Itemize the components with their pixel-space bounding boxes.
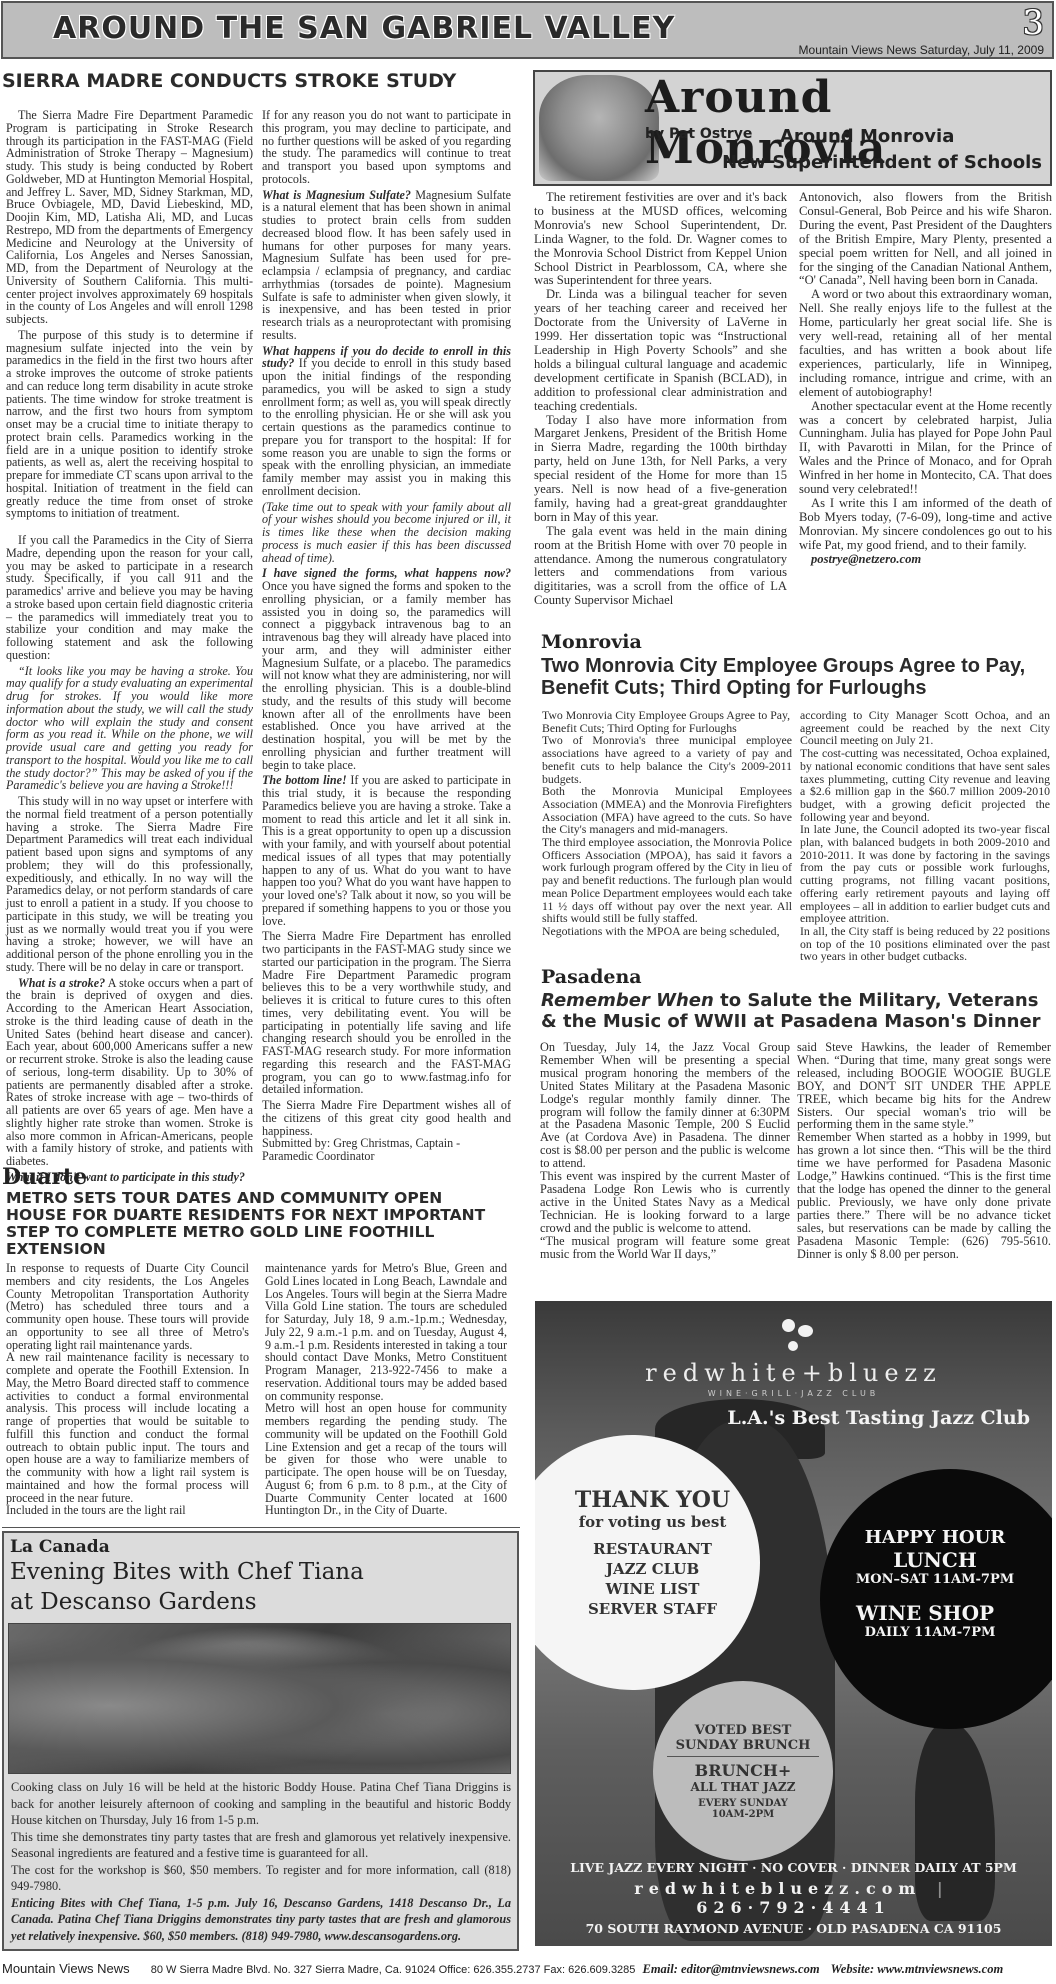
around-monrovia-col2: Antonovich, also flowers from the Britis… <box>799 191 1052 566</box>
paragraph: A word or two about this extraordinary w… <box>799 288 1052 399</box>
paragraph: maintenance yards for Metro's Blue, Gree… <box>265 1262 507 1402</box>
lunch-label: LUNCH <box>820 1548 1052 1572</box>
brunch-circle: VOTED BEST SUNDAY BRUNCH BRUNCH+ ALL THA… <box>653 1681 833 1861</box>
wine-shop-label: WINE SHOP <box>820 1601 1052 1625</box>
paragraph: said Steve Hawkins, the leader of Rememb… <box>797 1041 1051 1131</box>
paragraph: The cost for the workshop is $60, $50 me… <box>11 1862 511 1895</box>
subhead-body: A stoke occurs when a part of the brain … <box>6 976 253 1169</box>
paragraph: Metro will host an open house for commun… <box>265 1402 507 1517</box>
paragraph: This event was inspired by the current M… <box>540 1170 790 1235</box>
subhead-body: Magnesium Sulfate is a natural element t… <box>262 188 511 342</box>
la-canada-body: Cooking class on July 16 will be held at… <box>11 1779 511 1944</box>
masthead: AROUND THE SAN GABRIEL VALLEY 3 Mountain… <box>1 1 1054 59</box>
monrovia-headline: Two Monrovia City Employee Groups Agree … <box>541 655 1051 699</box>
paragraph: This study will in no way upset or inter… <box>6 795 253 974</box>
paragraph: In all, the City staff is being reduced … <box>800 925 1050 963</box>
paragraph: What is Magnesium Sulfate? Magnesium Sul… <box>262 189 511 342</box>
around-monrovia-col1: The retirement festivities are over and … <box>534 191 787 608</box>
ad-headline: L.A.'s Best Tasting Jazz Club <box>727 1407 1030 1429</box>
footer-brand: Mountain Views News <box>2 1961 130 1976</box>
footer-address: 80 W Sierra Madre Blvd. No. 327 Sierra M… <box>151 1964 636 1976</box>
jazz-club-ad[interactable]: redwhite+bluezz WINE·GRILL·JAZZ CLUB L.A… <box>535 1301 1052 1946</box>
paragraph: This time she demonstrates tiny party ta… <box>11 1829 511 1862</box>
award-item: RESTAURANT <box>535 1539 760 1559</box>
thank-you-title: THANK YOU <box>535 1487 760 1513</box>
headline-italic: Remember When <box>541 990 714 1011</box>
byline: by Pat Ostrye <box>645 126 752 142</box>
voted-label: VOTED BEST <box>653 1723 833 1738</box>
footer-email[interactable]: Email: editor@mtnviewsnews.com <box>642 1962 819 1976</box>
section-label-la-canada: La Canada <box>10 1537 110 1557</box>
duarte-headline: METRO SETS TOUR DATES AND COMMUNITY OPEN… <box>6 1190 506 1258</box>
paragraph: “The musical program will feature some g… <box>540 1235 790 1261</box>
paragraph: Two Monrovia City Employee Groups Agree … <box>542 709 792 734</box>
section-label-pasadena: Pasadena <box>541 966 642 988</box>
every-sunday: EVERY SUNDAY <box>653 1798 833 1809</box>
headline-line: at Descanso Gardens <box>10 1587 364 1617</box>
footer-website[interactable]: Website: www.mtnviewsnews.com <box>831 1962 1004 1976</box>
paragraph: Cooking class on July 16 will be held at… <box>11 1779 511 1829</box>
pasadena-col2: said Steve Hawkins, the leader of Rememb… <box>797 1041 1051 1260</box>
ad-contact: redwhitebluezz.com | 626·792·4441 <box>535 1879 1052 1917</box>
paragraph: On Tuesday, July 14, the Jazz Vocal Grou… <box>540 1041 790 1170</box>
paragraph: The Sierra Madre Fire Department has enr… <box>262 930 511 1096</box>
wine-shop-hours: DAILY 11AM-7PM <box>820 1625 1052 1640</box>
paragraph: In late June, the Council adopted its tw… <box>800 823 1050 925</box>
paragraph: Another spectacular event at the Home re… <box>799 400 1052 497</box>
section-label-monrovia: Monrovia <box>541 631 642 653</box>
paragraph: according to City Manager Scott Ochoa, a… <box>800 709 1050 747</box>
pasadena-headline: Remember When to Salute the Military, Ve… <box>541 990 1053 1032</box>
paragraph: In response to requests of Duarte City C… <box>6 1262 249 1351</box>
divider <box>2 1527 520 1528</box>
ad-footer: LIVE JAZZ EVERY NIGHT · NO COVER · DINNE… <box>535 1860 1052 1936</box>
brunch-title: BRUNCH+ <box>653 1761 833 1780</box>
paragraph: The retirement festivities are over and … <box>534 191 787 288</box>
paragraph: Remember When started as a hobby in 1999… <box>797 1131 1051 1260</box>
page-number: 3 <box>1022 3 1044 43</box>
club-tagline: WINE·GRILL·JAZZ CLUB <box>535 1389 1052 1398</box>
paragraph: What is a stroke? A stoke occurs when a … <box>6 977 253 1168</box>
paragraph: The third employee association, the Monr… <box>542 836 792 925</box>
paragraph: As I write this I am informed of the dea… <box>799 497 1052 553</box>
paragraph: Antonovich, also flowers from the Britis… <box>799 191 1052 288</box>
monrovia-col1: Two Monrovia City Employee Groups Agree … <box>542 709 792 938</box>
thank-you-sub: for voting us best <box>535 1513 760 1531</box>
monrovia-col2: according to City Manager Scott Ochoa, a… <box>800 709 1050 963</box>
award-item: JAZZ CLUB <box>535 1559 760 1579</box>
club-phone[interactable]: 626·792·4441 <box>696 1898 890 1917</box>
stroke-study-col2: If for any reason you do not want to par… <box>262 109 511 1166</box>
lunch-hours: MON–SAT 11AM-7PM <box>820 1572 1052 1587</box>
byline: Submitted by: Greg Christmas, Captain - … <box>262 1137 511 1163</box>
paragraph: A new rail maintenance facility is neces… <box>6 1351 249 1504</box>
award-item: SERVER STAFF <box>535 1599 760 1619</box>
paragraph: Today I also have more information from … <box>534 414 787 525</box>
duarte-col1: In response to requests of Duarte City C… <box>6 1262 249 1520</box>
la-canada-headline: Evening Bites with Chef Tiana at Descans… <box>10 1557 364 1617</box>
paragraph: The Sierra Madre Fire Department Paramed… <box>6 109 253 326</box>
flower-photo <box>8 1623 511 1774</box>
paragraph: The gala event was held in the main dini… <box>534 525 787 608</box>
paragraph: The cost-cutting was necessitated, Ochoa… <box>800 747 1050 823</box>
ad-footer-line: LIVE JAZZ EVERY NIGHT · NO COVER · DINNE… <box>535 1860 1052 1875</box>
section-label-duarte: Duarte <box>2 1164 87 1190</box>
paragraph: What happens if you do decide to enroll … <box>262 345 511 498</box>
section-title: AROUND THE SAN GABRIEL VALLEY <box>53 11 675 46</box>
paragraph: The Sierra Madre Fire Department wishes … <box>262 1099 511 1137</box>
paragraph: Both the Monrovia Municipal Employees As… <box>542 785 792 836</box>
page-footer: Mountain Views News 80 W Sierra Madre Bl… <box>2 1961 1054 1981</box>
stroke-study-headline: SIERRA MADRE CONDUCTS STROKE STUDY <box>2 70 456 92</box>
logo-dots-icon <box>780 1319 820 1355</box>
subhead-body: If you decide to enroll in this study ba… <box>262 356 511 498</box>
duarte-col2: maintenance yards for Metro's Blue, Gree… <box>265 1262 507 1520</box>
subhead-body: Once you have signed the forms and spoke… <box>262 579 511 772</box>
quote-paragraph: “It looks like you may be having a strok… <box>6 665 253 793</box>
paragraph: Dr. Linda was a bilingual teacher for se… <box>534 288 787 413</box>
event-summary: Enticing Bites with Chef Tiana, 1-5 p.m.… <box>11 1895 511 1945</box>
hours-circle: HAPPY HOUR LUNCH MON–SAT 11AM-7PM WINE S… <box>820 1469 1052 1729</box>
brunch-hours: 10AM-2PM <box>653 1809 833 1820</box>
sunday-brunch-label: SUNDAY BRUNCH <box>667 1738 819 1757</box>
paragraph: If you call the Paramedics in the City o… <box>6 534 253 662</box>
happy-hour-label: HAPPY HOUR <box>820 1527 1052 1548</box>
columnist-photo <box>539 75 659 181</box>
paragraph: Included in the tours are the light rail <box>6 1504 249 1517</box>
column-headline: New Superintendent of Schools <box>722 152 1042 173</box>
headline-line: Evening Bites with Chef Tiana <box>10 1557 364 1587</box>
club-logo: redwhite+bluezz <box>535 1359 1052 1387</box>
paragraph: (Take time out to speak with your family… <box>262 501 511 565</box>
paragraph: If for any reason you do not want to par… <box>262 109 511 186</box>
paragraph: Negotiations with the MPOA are being sch… <box>542 925 792 938</box>
paragraph: The bottom line! If you are asked to par… <box>262 774 511 927</box>
publication-date-line: Mountain Views News Saturday, July 11, 2… <box>799 43 1044 57</box>
subhead-body: If you are asked to participate in this … <box>262 773 511 927</box>
paragraph: I have signed the forms, what happens no… <box>262 567 511 771</box>
columnist-email[interactable]: postrye@netzero.com <box>799 553 1052 567</box>
paragraph: The purpose of this study is to determin… <box>6 329 253 520</box>
column-subtitle: Around Monrovia <box>780 126 954 147</box>
club-website[interactable]: redwhitebluezz.com <box>634 1879 921 1898</box>
pasadena-col1: On Tuesday, July 14, the Jazz Vocal Grou… <box>540 1041 790 1260</box>
stroke-study-col1: The Sierra Madre Fire Department Paramed… <box>6 109 253 1187</box>
around-monrovia-banner: Around Monrovia by Pat Ostrye Around Mon… <box>533 70 1052 186</box>
club-address: 70 SOUTH RAYMOND AVENUE · OLD PASADENA C… <box>535 1921 1052 1936</box>
brunch-jazz: ALL THAT JAZZ <box>653 1780 833 1794</box>
paragraph: Two of Monrovia's three municipal employ… <box>542 734 792 785</box>
la-canada-box: La Canada Evening Bites with Chef Tiana … <box>2 1531 519 1951</box>
award-item: WINE LIST <box>535 1579 760 1599</box>
